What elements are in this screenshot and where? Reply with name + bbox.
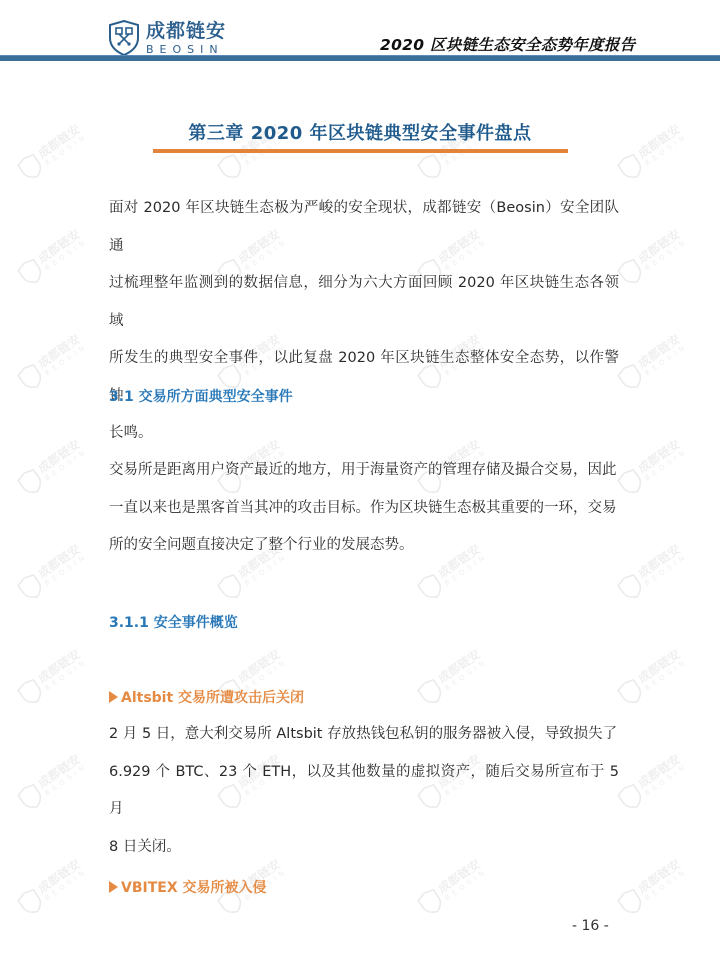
section-3-1-paragraph: 交易所是距离用户资产最近的地方，用于海量资产的管理存储及撮合交易，因此 一直以来… — [109, 452, 619, 565]
watermark-text: 成都链安 — [36, 646, 85, 686]
watermark: 成都链安BEOSIN — [615, 541, 691, 604]
event-title: Altsbit 交易所遭攻击后关闭 — [121, 687, 304, 707]
watermark: 成都链安BEOSIN — [15, 751, 91, 814]
text-line: 6.929 个 BTC、23 个 ETH，以及其他数量的虚拟资产，随后交易所宣布… — [109, 754, 619, 829]
watermark-shield-icon — [15, 466, 47, 498]
watermark-text: BEOSIN — [643, 342, 690, 378]
watermark: 成都链安BEOSIN — [15, 856, 91, 919]
watermark-shield-icon — [615, 781, 647, 813]
watermark-shield-icon — [615, 676, 647, 708]
watermark-text: BEOSIN — [443, 657, 490, 693]
text-line: 过梳理整年监测到的数据信息，细分为六大方面回顾 2020 年区块链生态各领域 — [109, 265, 619, 340]
watermark-text: 成都链安 — [36, 856, 85, 896]
watermark-text: 成都链安 — [636, 541, 685, 581]
watermark: 成都链安BEOSIN — [615, 646, 691, 709]
text-line: 一直以来也是黑客首当其冲的攻击目标。作为区块链生态极其重要的一环，交易 — [109, 490, 619, 528]
watermark-shield-icon — [615, 466, 647, 498]
chapter-underline — [153, 149, 568, 153]
logo-chinese-name: 成都链安 — [146, 20, 226, 42]
page-header: 成都链安 BEOSIN 2020 区块链生态安全态势年度报告 — [0, 0, 720, 64]
watermark-text: BEOSIN — [643, 867, 690, 903]
shield-logo-icon — [108, 20, 140, 56]
watermark-shield-icon — [415, 571, 447, 603]
watermark-text: BEOSIN — [43, 342, 90, 378]
watermark: 成都链安BEOSIN — [615, 226, 691, 289]
watermark-shield-icon — [415, 886, 447, 918]
watermark-text: 成都链安 — [636, 646, 685, 686]
watermark-text: 成都链安 — [36, 436, 85, 476]
watermark-text: 成都链安 — [636, 856, 685, 896]
watermark-shield-icon — [15, 676, 47, 708]
report-title: 2020 区块链生态安全态势年度报告 — [380, 33, 635, 55]
watermark-text: 成都链安 — [236, 646, 285, 686]
watermark-text: BEOSIN — [643, 447, 690, 483]
section-heading-3-1: 3.1 交易所方面典型安全事件 — [109, 386, 293, 406]
watermark-text: BEOSIN — [643, 657, 690, 693]
watermark-shield-icon — [15, 781, 47, 813]
watermark-text: BEOSIN — [43, 447, 90, 483]
watermark-text: BEOSIN — [43, 867, 90, 903]
event-heading-vbitex: VBITEX 交易所被入侵 — [109, 877, 267, 897]
watermark-text: 成都链安 — [36, 331, 85, 371]
beosin-logo: 成都链安 BEOSIN — [108, 20, 226, 56]
chapter-title: 第三章 2020 年区块链典型安全事件盘点 — [0, 119, 720, 145]
text-line: 8 日关闭。 — [109, 829, 619, 867]
watermark-shield-icon — [15, 361, 47, 393]
watermark-shield-icon — [15, 886, 47, 918]
watermark-text: BEOSIN — [43, 657, 90, 693]
watermark-text: 成都链安 — [636, 331, 685, 371]
watermark-text: 成都链安 — [636, 751, 685, 791]
page-number: - 16 - — [572, 918, 609, 934]
watermark: 成都链安BEOSIN — [415, 646, 491, 709]
watermark-shield-icon — [215, 151, 247, 183]
triangle-bullet-icon — [109, 691, 118, 703]
watermark-text: BEOSIN — [643, 762, 690, 798]
section-heading-3-1-1: 3.1.1 安全事件概览 — [109, 612, 238, 632]
header-divider — [0, 55, 720, 61]
watermark-text: BEOSIN — [43, 762, 90, 798]
watermark-text: 成都链安 — [36, 541, 85, 581]
watermark-text: BEOSIN — [43, 237, 90, 273]
watermark: 成都链安BEOSIN — [15, 436, 91, 499]
watermark-shield-icon — [615, 571, 647, 603]
watermark-shield-icon — [615, 886, 647, 918]
watermark-text: BEOSIN — [43, 552, 90, 588]
watermark-shield-icon — [15, 151, 47, 183]
watermark: 成都链安BEOSIN — [15, 541, 91, 604]
watermark: 成都链安BEOSIN — [15, 646, 91, 709]
watermark-text: 成都链安 — [36, 751, 85, 791]
watermark-text: 成都链安 — [636, 436, 685, 476]
event-title: VBITEX 交易所被入侵 — [121, 877, 267, 897]
watermark-shield-icon — [15, 571, 47, 603]
watermark-text: BEOSIN — [643, 552, 690, 588]
watermark-text: BEOSIN — [443, 867, 490, 903]
triangle-bullet-icon — [109, 881, 118, 893]
watermark: 成都链安BEOSIN — [615, 436, 691, 499]
watermark-shield-icon — [415, 151, 447, 183]
text-line: 面对 2020 年区块链生态极为严峻的安全现状，成都链安（Beosin）安全团队… — [109, 190, 619, 265]
watermark-shield-icon — [615, 361, 647, 393]
intro-paragraph: 面对 2020 年区块链生态极为严峻的安全现状，成都链安（Beosin）安全团队… — [109, 190, 619, 453]
watermark-shield-icon — [615, 256, 647, 288]
watermark: 成都链安BEOSIN — [15, 331, 91, 394]
watermark-text: 成都链安 — [36, 226, 85, 266]
watermark-text: 成都链安 — [636, 226, 685, 266]
watermark: 成都链安BEOSIN — [615, 751, 691, 814]
watermark: 成都链安BEOSIN — [615, 856, 691, 919]
watermark-shield-icon — [15, 256, 47, 288]
text-line: 所的安全问题直接决定了整个行业的发展态势。 — [109, 527, 619, 565]
watermark: 成都链安BEOSIN — [615, 331, 691, 394]
watermark: 成都链安BEOSIN — [15, 226, 91, 289]
text-line: 长鸣。 — [109, 415, 619, 453]
text-line: 2 月 5 日，意大利交易所 Altsbit 存放热钱包私钥的服务器被入侵，导致… — [109, 716, 619, 754]
watermark-shield-icon — [415, 676, 447, 708]
event-paragraph-altsbit: 2 月 5 日，意大利交易所 Altsbit 存放热钱包私钥的服务器被入侵，导致… — [109, 716, 619, 866]
event-heading-altsbit: Altsbit 交易所遭攻击后关闭 — [109, 687, 304, 707]
watermark-shield-icon — [215, 571, 247, 603]
text-line: 交易所是距离用户资产最近的地方，用于海量资产的管理存储及撮合交易，因此 — [109, 452, 619, 490]
watermark-text: 成都链安 — [436, 646, 485, 686]
watermark-shield-icon — [615, 151, 647, 183]
watermark-text: BEOSIN — [643, 237, 690, 273]
